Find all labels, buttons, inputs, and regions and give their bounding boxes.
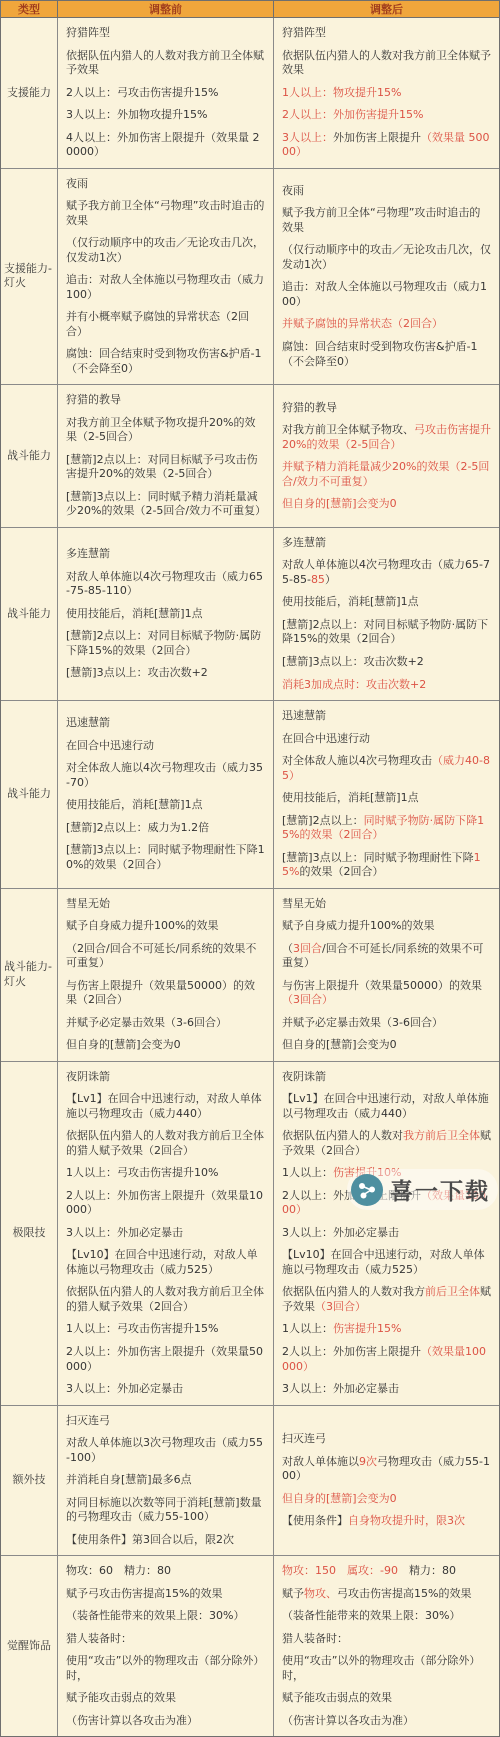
text-segment: 1人以上：弓攻击伤害提升10% — [66, 1166, 218, 1179]
text-segment: 【Lv1】在回合中迅速行动，对敌人单体施以弓物理攻击（威力440） — [282, 1092, 489, 1120]
changed-text: 消耗3加成点时：攻击次数+2 — [282, 678, 426, 691]
cell-paragraph: （伤害计算以各攻击为准） — [282, 1714, 491, 1729]
after-cell: 多连慧箭对敌人单体施以4次弓物理攻击（威力65-75-85-85）使用技能后，消… — [274, 528, 499, 700]
column-header-type: 类型 — [1, 1, 58, 17]
row-type-label: 极限技 — [1, 1062, 58, 1405]
row-type-label: 战斗能力-灯火 — [1, 889, 58, 1061]
text-segment: 对我方前卫全体赋予物攻提升20%的效果（2-5回合） — [66, 416, 255, 444]
text-segment: 2人以上：外加伤害上限提升 — [282, 1345, 421, 1358]
text-segment: 3人以上：外加必定暴击 — [66, 1226, 183, 1239]
text-segment: 腐蚀：回合结束时受到物攻伤害&护盾-1（不会降至0） — [66, 347, 262, 375]
table-row: 额外技扫灭连弓对敌人单体施以3次弓物理攻击（威力55-100）并消耗自身[慧箭]… — [1, 1406, 499, 1557]
text-segment: 3人以上：外加物攻提升15% — [66, 108, 207, 121]
cell-paragraph: 2人以上：外加伤害提升15% — [282, 108, 491, 123]
cell-paragraph: 4人以上：外加伤害上限提升（效果量 20000） — [66, 131, 265, 160]
text-segment: （装备性能带来的效果上限：30%） — [66, 1609, 244, 1622]
text-segment: 赋予自身威力提升100%的效果 — [282, 919, 434, 932]
text-segment: [慧箭]2点以上：对同目标赋予弓攻击伤害提升20%的效果（2-5回合） — [66, 453, 258, 481]
text-segment: [慧箭]3点以上：同时赋予物理耐性下降10%的效果（2回合） — [66, 843, 265, 871]
cell-paragraph: 在回合中迅速行动 — [66, 739, 265, 754]
cell-paragraph: 2人以上：外加伤害上限提升（效果量10000） — [66, 1189, 265, 1218]
text-segment: 赋予我方前卫全体“弓物理”攻击时追击的效果 — [66, 199, 264, 227]
text-segment: 【Lv1】在回合中迅速行动，对敌人单体施以弓物理攻击（威力440） — [66, 1092, 262, 1120]
text-segment: 依据队伍内猎人的人数对我方前后卫全体的猎人赋予效果（2回合） — [66, 1129, 264, 1157]
cell-paragraph: 1人以上：弓攻击伤害提升10% — [66, 1166, 265, 1181]
cell-paragraph: 并赋予必定暴击效果（3-6回合） — [282, 1016, 491, 1031]
after-cell: 彗星无始赋予自身威力提升100%的效果（3回合/回合不可延长/同系统的效果不可重… — [274, 889, 499, 1061]
link-nodes-icon — [351, 1174, 383, 1206]
cell-paragraph: 1人以上：伤害提升15% — [282, 1322, 491, 1337]
text-segment: 【使用条件】 — [282, 1514, 348, 1527]
cell-paragraph: 对我方前卫全体赋予物攻提升20%的效果（2-5回合） — [66, 416, 265, 445]
cell-paragraph: 夜雨 — [282, 184, 491, 199]
text-segment: 狩猎的教导 — [66, 393, 121, 406]
cell-paragraph: 但自身的[慧箭]会变为0 — [282, 1038, 491, 1053]
cell-paragraph: 对我方前卫全体赋予物攻、弓攻击伤害提升20%的效果（2-5回合） — [282, 423, 491, 452]
cell-paragraph: 使用技能后，消耗[慧箭]1点 — [66, 798, 265, 813]
text-segment: [慧箭]2点以上：对同目标赋予物防·属防下降15%的效果（2回合） — [66, 629, 261, 657]
row-type-label: 支援能力 — [1, 18, 58, 168]
text-segment: 依据队伍内猎人的人数对我方前后卫全体的猎人赋予效果（2回合） — [66, 1285, 264, 1313]
row-type-label: 战斗能力 — [1, 385, 58, 527]
text-segment: [慧箭]3点以上：攻击次数+2 — [66, 666, 208, 679]
column-header-before: 调整前 — [58, 1, 274, 17]
before-cell: 狩猎的教导对我方前卫全体赋予物攻提升20%的效果（2-5回合）[慧箭]2点以上：… — [58, 385, 274, 527]
changed-text: 但自身的[慧箭]会变为0 — [282, 497, 397, 510]
cell-paragraph: 并赋予腐蚀的异常状态（2回合） — [282, 317, 491, 332]
text-segment: 迅速慧箭 — [66, 716, 110, 729]
text-segment: 并有小概率赋予腐蚀的异常状态（2回合） — [66, 310, 249, 338]
text-segment: 使用技能后，消耗[慧箭]1点 — [282, 595, 419, 608]
row-type-label: 战斗能力 — [1, 528, 58, 700]
after-cell: 夜阴诛箭【Lv1】在回合中迅速行动，对敌人单体施以弓物理攻击（威力440）依据队… — [274, 1062, 499, 1405]
text-segment: 对敌人单体施以 — [282, 1455, 359, 1468]
cell-paragraph: 物攻：150 属攻：-90 精力：80 — [282, 1564, 491, 1579]
text-segment: 狩猎的教导 — [282, 401, 337, 414]
changed-text: 物攻：150 — [282, 1564, 347, 1577]
text-segment: 使用技能后，消耗[慧箭]1点 — [282, 791, 419, 804]
cell-paragraph: 赋予我方前卫全体“弓物理”攻击时追击的效果 — [282, 206, 491, 235]
text-segment: 赋予自身威力提升100%的效果 — [66, 919, 218, 932]
text-segment: 扫灭连弓 — [282, 1432, 326, 1445]
text-segment: 在回合中迅速行动 — [66, 739, 154, 752]
table-body: 支援能力狩猎阵型依据队伍内猎人的人数对我方前卫全体赋予效果2人以上：弓攻击伤害提… — [1, 18, 499, 1736]
text-segment: 对敌人单体施以4次弓物理攻击（威力65-75-85-110） — [66, 570, 263, 598]
text-segment: 对敌人单体施以3次弓物理攻击（威力55-100） — [66, 1436, 263, 1464]
changed-text: 但自身的[慧箭]会变为0 — [282, 1492, 397, 1505]
text-segment: 对我方前卫全体赋予物攻、 — [282, 423, 414, 436]
cell-paragraph: [慧箭]2点以上：威力为1.2倍 — [66, 821, 265, 836]
text-segment: 猎人装备时： — [66, 1632, 132, 1645]
watermark-text: 喜一下载 — [390, 1173, 490, 1206]
cell-paragraph: 使用技能后，消耗[慧箭]1点 — [66, 607, 265, 622]
after-cell: 迅速慧箭在回合中迅速行动对全体敌人施以4次弓物理攻击（威力40-85）使用技能后… — [274, 701, 499, 888]
text-segment: [慧箭]3点以上：同时赋予精力消耗量减少20%的效果（2-5回合/效力不可重复） — [66, 490, 266, 518]
changed-text: 前后卫全体 — [425, 1285, 480, 1298]
text-segment: 4人以上：外加伤害上限提升（效果量 20000） — [66, 131, 260, 159]
text-segment: 猎人装备时： — [282, 1632, 348, 1645]
cell-paragraph: 与伤害上限提升（效果量50000）的效果（3回合） — [282, 979, 491, 1008]
cell-paragraph: 3人以上：外加伤害上限提升（效果量 50000） — [282, 131, 491, 160]
changed-text: （3回合） — [282, 993, 333, 1006]
text-segment: 多连慧箭 — [66, 547, 110, 560]
table-row: 极限技夜阴诛箭【Lv1】在回合中迅速行动，对敌人单体施以弓物理攻击（威力440）… — [1, 1062, 499, 1406]
text-segment: 3人以上：外加必定暴击 — [66, 1382, 183, 1395]
before-cell: 多连慧箭对敌人单体施以4次弓物理攻击（威力65-75-85-110）使用技能后，… — [58, 528, 274, 700]
text-segment: 1人以上： — [282, 1166, 333, 1179]
text-segment: [慧箭]2点以上：对同目标赋予物防·属防下降15%的效果（2回合） — [282, 618, 488, 646]
text-segment: 对同目标施以次数等同于消耗[慧箭]数量的弓物理攻击（威力55-100） — [66, 1496, 262, 1524]
cell-paragraph: 追击：对敌人全体施以弓物理攻击（威力100） — [282, 280, 491, 309]
cell-paragraph: 在回合中迅速行动 — [282, 732, 491, 747]
cell-paragraph: 依据队伍内猎人的人数对我方前后卫全体赋予效果（3回合） — [282, 1285, 491, 1314]
before-cell: 物攻：60 精力：80赋予弓攻击伤害提高15%的效果（装备性能带来的效果上限：3… — [58, 1556, 274, 1736]
cell-paragraph: 狩猎的教导 — [282, 401, 491, 416]
cell-paragraph: 但自身的[慧箭]会变为0 — [282, 1492, 491, 1507]
table-row: 战斗能力迅速慧箭在回合中迅速行动对全体敌人施以4次弓物理攻击（威力35-70）使… — [1, 701, 499, 889]
cell-paragraph: 狩猎的教导 — [66, 393, 265, 408]
cell-paragraph: 赋予弓攻击伤害提高15%的效果 — [66, 1587, 265, 1602]
text-segment: 赋予 — [282, 1587, 304, 1600]
cell-paragraph: 使用技能后，消耗[慧箭]1点 — [282, 595, 491, 610]
text-segment: 依据队伍内猎人的人数对我方前卫全体赋予效果 — [282, 49, 491, 77]
cell-paragraph: 夜阴诛箭 — [66, 1070, 265, 1085]
changed-text: （3回合） — [315, 1300, 366, 1313]
cell-paragraph: 3人以上：外加必定暴击 — [66, 1226, 265, 1241]
adjustment-table: 类型 调整前 调整后 支援能力狩猎阵型依据队伍内猎人的人数对我方前卫全体赋予效果… — [0, 0, 500, 1737]
text-segment: 夜雨 — [282, 184, 304, 197]
table-row: 支援能力狩猎阵型依据队伍内猎人的人数对我方前卫全体赋予效果2人以上：弓攻击伤害提… — [1, 18, 499, 169]
text-segment: 赋予我方前卫全体“弓物理”攻击时追击的效果 — [282, 206, 480, 234]
cell-paragraph: 3人以上：外加必定暴击 — [66, 1382, 265, 1397]
text-segment: 彗星无始 — [66, 897, 110, 910]
text-segment: 追击：对敌人全体施以弓物理攻击（威力100） — [282, 280, 487, 308]
text-segment: 1人以上： — [282, 1322, 333, 1335]
after-cell: 夜雨赋予我方前卫全体“弓物理”攻击时追击的效果（仅行动顺序中的攻击／无论攻击几次… — [274, 169, 499, 385]
cell-paragraph: 1人以上：弓攻击伤害提升15% — [66, 1322, 265, 1337]
text-segment: （仅行动顺序中的攻击／无论攻击几次，仅发动1次） — [282, 243, 491, 271]
cell-paragraph: 2人以上：弓攻击伤害提升15% — [66, 86, 265, 101]
text-segment: 与伤害上限提升（效果量50000）的效果 — [282, 979, 482, 992]
cell-paragraph: 猎人装备时： — [66, 1632, 265, 1647]
table-row: 战斗能力狩猎的教导对我方前卫全体赋予物攻提升20%的效果（2-5回合）[慧箭]2… — [1, 385, 499, 528]
cell-paragraph: （装备性能带来的效果上限：30%） — [282, 1609, 491, 1624]
cell-paragraph: （2回合/回合不可延长/同系统的效果不可重复） — [66, 942, 265, 971]
changed-text: 9次 — [359, 1455, 377, 1468]
cell-paragraph: 赋予物攻、弓攻击伤害提高15%的效果 — [282, 1587, 491, 1602]
cell-paragraph: 猎人装备时： — [282, 1632, 491, 1647]
text-segment: 物攻：60 精力：80 — [66, 1564, 171, 1577]
cell-paragraph: [慧箭]2点以上：同时赋予物防·属防下降15%的效果（2回合） — [282, 814, 491, 843]
before-cell: 狩猎阵型依据队伍内猎人的人数对我方前卫全体赋予效果2人以上：弓攻击伤害提升15%… — [58, 18, 274, 168]
cell-paragraph: 【使用条件】第3回合以后，限2次 — [66, 1533, 265, 1548]
cell-paragraph: 对同目标施以次数等同于消耗[慧箭]数量的弓物理攻击（威力55-100） — [66, 1496, 265, 1525]
row-type-label: 觉醒饰品 — [1, 1556, 58, 1736]
changed-text: 3人以上： — [282, 131, 333, 144]
text-segment: 依据队伍内猎人的人数对我方 — [282, 1285, 425, 1298]
cell-paragraph: 使用“攻击”以外的物理攻击（部分除外）时， — [66, 1654, 265, 1683]
cell-paragraph: 彗星无始 — [282, 897, 491, 912]
cell-paragraph: 【使用条件】自身物攻提升时，限3次 — [282, 1514, 491, 1529]
text-segment: 与伤害上限提升（效果量50000）的效果（2回合） — [66, 979, 255, 1007]
before-cell: 扫灭连弓对敌人单体施以3次弓物理攻击（威力55-100）并消耗自身[慧箭]最多6… — [58, 1406, 274, 1556]
cell-paragraph: 对全体敌人施以4次弓物理攻击（威力40-85） — [282, 754, 491, 783]
cell-paragraph: 依据队伍内猎人的人数对我方前卫全体赋予效果 — [66, 49, 265, 78]
text-segment: （装备性能带来的效果上限：30%） — [282, 1609, 460, 1622]
text-segment: [慧箭]2点以上：威力为1.2倍 — [66, 821, 209, 834]
changed-text: 属攻：-90 — [347, 1564, 398, 1577]
cell-paragraph: （仅行动顺序中的攻击／无论攻击几次，仅发动1次） — [66, 236, 265, 265]
cell-paragraph: 依据队伍内猎人的人数对我方前后卫全体的猎人赋予效果（2回合） — [66, 1285, 265, 1314]
cell-paragraph: 对敌人单体施以3次弓物理攻击（威力55-100） — [66, 1436, 265, 1465]
changed-text: 并赋予腐蚀的异常状态（2回合） — [282, 317, 443, 330]
text-segment: 狩猎阵型 — [66, 26, 110, 39]
before-cell: 彗星无始赋予自身威力提升100%的效果（2回合/回合不可延长/同系统的效果不可重… — [58, 889, 274, 1061]
cell-paragraph: 赋予能攻击弱点的效果 — [282, 1691, 491, 1706]
text-segment: 赋予弓攻击伤害提高15%的效果 — [66, 1587, 222, 1600]
cell-paragraph: 腐蚀：回合结束时受到物攻伤害&护盾-1（不会降至0） — [66, 347, 265, 376]
cell-paragraph: 使用技能后，消耗[慧箭]1点 — [282, 791, 491, 806]
text-segment: 赋予能攻击弱点的效果 — [66, 1691, 176, 1704]
cell-paragraph: 3人以上：外加物攻提升15% — [66, 108, 265, 123]
column-header-after: 调整后 — [274, 1, 499, 17]
table-header-row: 类型 调整前 调整后 — [1, 1, 499, 18]
table-row: 支援能力-灯火夜雨赋予我方前卫全体“弓物理”攻击时追击的效果（仅行动顺序中的攻击… — [1, 169, 499, 386]
text-segment: 夜雨 — [66, 177, 88, 190]
cell-paragraph: [慧箭]3点以上：同时赋予物理耐性下降10%的效果（2回合） — [66, 843, 265, 872]
text-segment: 外加伤害上限提升 — [333, 131, 421, 144]
text-segment: 使用“攻击”以外的物理攻击（部分除外）时， — [66, 1654, 264, 1682]
text-segment: 扫灭连弓 — [66, 1414, 110, 1427]
before-cell: 夜雨赋予我方前卫全体“弓物理”攻击时追击的效果（仅行动顺序中的攻击／无论攻击几次… — [58, 169, 274, 385]
cell-paragraph: 2人以上：外加伤害上限提升（效果量50000） — [66, 1345, 265, 1374]
row-type-label: 支援能力-灯火 — [1, 169, 58, 385]
cell-paragraph: 扫灭连弓 — [66, 1414, 265, 1429]
cell-paragraph: [慧箭]3点以上：攻击次数+2 — [66, 666, 265, 681]
text-segment: （仅行动顺序中的攻击／无论攻击几次，仅发动1次） — [66, 236, 264, 264]
row-type-label: 额外技 — [1, 1406, 58, 1556]
changed-text: 并赋予精力消耗量减少20%的效果（2-5回合/效力不可重复） — [282, 460, 489, 488]
cell-paragraph: 并消耗自身[慧箭]最多6点 — [66, 1473, 265, 1488]
cell-paragraph: 消耗3加成点时：攻击次数+2 — [282, 678, 491, 693]
cell-paragraph: 追击：对敌人全体施以弓物理攻击（威力100） — [66, 273, 265, 302]
cell-paragraph: 物攻：60 精力：80 — [66, 1564, 265, 1579]
cell-paragraph: 彗星无始 — [66, 897, 265, 912]
text-segment: 并赋予必定暴击效果（3-6回合） — [66, 1016, 227, 1029]
cell-paragraph: [慧箭]3点以上：攻击次数+2 — [282, 655, 491, 670]
cell-paragraph: 扫灭连弓 — [282, 1432, 491, 1447]
text-segment: 3人以上：外加必定暴击 — [282, 1226, 399, 1239]
text-segment: 依据队伍内猎人的人数对 — [282, 1129, 403, 1142]
text-segment: 使用“攻击”以外的物理攻击（部分除外）时， — [282, 1654, 480, 1682]
cell-paragraph: 但自身的[慧箭]会变为0 — [282, 497, 491, 512]
cell-paragraph: 并赋予必定暴击效果（3-6回合） — [66, 1016, 265, 1031]
cell-paragraph: 依据队伍内猎人的人数对我方前卫全体赋予效果 — [282, 49, 491, 78]
text-segment: 夜阴诛箭 — [66, 1070, 110, 1083]
text-segment: 【Lv10】在回合中迅速行动，对敌人单体施以弓物理攻击（威力525） — [282, 1248, 485, 1276]
text-segment: 对全体敌人施以4次弓物理攻击 — [282, 754, 432, 767]
cell-paragraph: （3回合/回合不可延长/同系统的效果不可重复） — [282, 942, 491, 971]
text-segment: （2回合/回合不可延长/同系统的效果不可重复） — [66, 942, 256, 970]
changed-text: 1人以上：物攻提升15% — [282, 86, 401, 99]
text-segment: 1人以上：弓攻击伤害提升15% — [66, 1322, 218, 1335]
cell-paragraph: （伤害计算以各攻击为准） — [66, 1714, 265, 1729]
cell-paragraph: 与伤害上限提升（效果量50000）的效果（2回合） — [66, 979, 265, 1008]
after-cell: 物攻：150 属攻：-90 精力：80赋予物攻、弓攻击伤害提高15%的效果（装备… — [274, 1556, 499, 1736]
cell-paragraph: 依据队伍内猎人的人数对我方前后卫全体赋予效果（2回合） — [282, 1129, 491, 1158]
text-segment: 追击：对敌人全体施以弓物理攻击（威力100） — [66, 273, 264, 301]
text-segment: 多连慧箭 — [282, 536, 326, 549]
text-segment: 【Lv10】在回合中迅速行动，对敌人单体施以弓物理攻击（威力525） — [66, 1248, 258, 1276]
cell-paragraph: 【Lv10】在回合中迅速行动，对敌人单体施以弓物理攻击（威力525） — [66, 1248, 265, 1277]
text-segment: ） — [325, 573, 336, 586]
before-cell: 夜阴诛箭【Lv1】在回合中迅速行动，对敌人单体施以弓物理攻击（威力440）依据队… — [58, 1062, 274, 1405]
cell-paragraph: [慧箭]3点以上：同时赋予物理耐性下降15%的效果（2回合） — [282, 851, 491, 880]
changed-text: 2人以上：外加伤害提升15% — [282, 108, 423, 121]
text-segment: 依据队伍内猎人的人数对我方前卫全体赋予效果 — [66, 49, 264, 77]
cell-paragraph: [慧箭]2点以上：对同目标赋予物防·属防下降15%的效果（2回合） — [66, 629, 265, 658]
cell-paragraph: 迅速慧箭 — [66, 716, 265, 731]
cell-paragraph: 【Lv10】在回合中迅速行动，对敌人单体施以弓物理攻击（威力525） — [282, 1248, 491, 1277]
cell-paragraph: 赋予自身威力提升100%的效果 — [282, 919, 491, 934]
cell-paragraph: 3人以上：外加必定暴击 — [282, 1226, 491, 1241]
cell-paragraph: 对敌人单体施以4次弓物理攻击（威力65-75-85-85） — [282, 558, 491, 587]
cell-paragraph: 并有小概率赋予腐蚀的异常状态（2回合） — [66, 310, 265, 339]
cell-paragraph: 夜雨 — [66, 177, 265, 192]
text-segment: （ — [282, 942, 293, 955]
text-segment: 并消耗自身[慧箭]最多6点 — [66, 1473, 192, 1486]
text-segment: （伤害计算以各攻击为准） — [282, 1714, 414, 1727]
text-segment: 彗星无始 — [282, 897, 326, 910]
text-segment: 精力：80 — [398, 1564, 456, 1577]
text-segment: 使用技能后，消耗[慧箭]1点 — [66, 607, 203, 620]
text-segment: 迅速慧箭 — [282, 709, 326, 722]
cell-paragraph: [慧箭]3点以上：同时赋予精力消耗量减少20%的效果（2-5回合/效力不可重复） — [66, 490, 265, 519]
changed-text: 伤害提升15% — [333, 1322, 401, 1335]
text-segment: 2人以上：弓攻击伤害提升15% — [66, 86, 218, 99]
after-cell: 狩猎阵型依据队伍内猎人的人数对我方前卫全体赋予效果1人以上：物攻提升15%2人以… — [274, 18, 499, 168]
cell-paragraph: 多连慧箭 — [282, 536, 491, 551]
cell-paragraph: 对敌人单体施以4次弓物理攻击（威力65-75-85-110） — [66, 570, 265, 599]
cell-paragraph: 并赋予精力消耗量减少20%的效果（2-5回合/效力不可重复） — [282, 460, 491, 489]
changed-text: 物攻、 — [304, 1587, 337, 1600]
text-segment: 3人以上：外加必定暴击 — [282, 1382, 399, 1395]
after-cell: 扫灭连弓对敌人单体施以9次弓物理攻击（威力55-100）但自身的[慧箭]会变为0… — [274, 1406, 499, 1556]
after-cell: 狩猎的教导对我方前卫全体赋予物攻、弓攻击伤害提升20%的效果（2-5回合）并赋予… — [274, 385, 499, 527]
text-segment: [慧箭]3点以上：同时赋予物理耐性下降 — [282, 851, 474, 864]
cell-paragraph: （仅行动顺序中的攻击／无论攻击几次，仅发动1次） — [282, 243, 491, 272]
cell-paragraph: [慧箭]2点以上：对同目标赋予物防·属防下降15%的效果（2回合） — [282, 618, 491, 647]
cell-paragraph: 多连慧箭 — [66, 547, 265, 562]
text-segment: 对全体敌人施以4次弓物理攻击（威力35-70） — [66, 761, 263, 789]
text-segment: 在回合中迅速行动 — [282, 732, 370, 745]
cell-paragraph: 对敌人单体施以9次弓物理攻击（威力55-100） — [282, 1455, 491, 1484]
cell-paragraph: 对全体敌人施以4次弓物理攻击（威力35-70） — [66, 761, 265, 790]
text-segment: 的效果（2回合） — [299, 865, 383, 878]
cell-paragraph: 3人以上：外加必定暴击 — [282, 1382, 491, 1397]
cell-paragraph: （装备性能带来的效果上限：30%） — [66, 1609, 265, 1624]
row-type-label: 战斗能力 — [1, 701, 58, 888]
cell-paragraph: 赋予自身威力提升100%的效果 — [66, 919, 265, 934]
text-segment: 但自身的[慧箭]会变为0 — [66, 1038, 181, 1051]
cell-paragraph: 2人以上：外加伤害上限提升（效果量100000） — [282, 1345, 491, 1374]
text-segment: 但自身的[慧箭]会变为0 — [282, 1038, 397, 1051]
text-segment: 狩猎阵型 — [282, 26, 326, 39]
cell-paragraph: 【Lv1】在回合中迅速行动，对敌人单体施以弓物理攻击（威力440） — [66, 1092, 265, 1121]
table-row: 战斗能力多连慧箭对敌人单体施以4次弓物理攻击（威力65-75-85-110）使用… — [1, 528, 499, 701]
table-row: 战斗能力-灯火彗星无始赋予自身威力提升100%的效果（2回合/回合不可延长/同系… — [1, 889, 499, 1062]
text-segment: 夜阴诛箭 — [282, 1070, 326, 1083]
cell-paragraph: 依据队伍内猎人的人数对我方前后卫全体的猎人赋予效果（2回合） — [66, 1129, 265, 1158]
changed-text: 85 — [311, 573, 325, 586]
cell-paragraph: 迅速慧箭 — [282, 709, 491, 724]
cell-paragraph: 赋予我方前卫全体“弓物理”攻击时追击的效果 — [66, 199, 265, 228]
text-segment: 使用技能后，消耗[慧箭]1点 — [66, 798, 203, 811]
text-segment: 【使用条件】第3回合以后，限2次 — [66, 1533, 234, 1546]
cell-paragraph: 夜阴诛箭 — [282, 1070, 491, 1085]
table-row: 觉醒饰品物攻：60 精力：80赋予弓攻击伤害提高15%的效果（装备性能带来的效果… — [1, 1556, 499, 1736]
cell-paragraph: 狩猎阵型 — [66, 26, 265, 41]
changed-text: 我方前后卫全体 — [403, 1129, 480, 1142]
cell-paragraph: 使用“攻击”以外的物理攻击（部分除外）时， — [282, 1654, 491, 1683]
text-segment: 并赋予必定暴击效果（3-6回合） — [282, 1016, 443, 1029]
cell-paragraph: [慧箭]2点以上：对同目标赋予弓攻击伤害提升20%的效果（2-5回合） — [66, 453, 265, 482]
changed-text: 自身物攻提升时，限3次 — [348, 1514, 465, 1527]
text-segment: 腐蚀：回合结束时受到物攻伤害&护盾-1（不会降至0） — [282, 340, 478, 368]
cell-paragraph: 【Lv1】在回合中迅速行动，对敌人单体施以弓物理攻击（威力440） — [282, 1092, 491, 1121]
text-segment: 2人以上：外加伤害上限提升（效果量50000） — [66, 1345, 263, 1373]
changed-text: 3回合 — [293, 942, 322, 955]
text-segment: [慧箭]2点以上： — [282, 814, 364, 827]
text-segment: （伤害计算以各攻击为准） — [66, 1714, 198, 1727]
cell-paragraph: 1人以上：物攻提升15% — [282, 86, 491, 101]
text-segment: [慧箭]3点以上：攻击次数+2 — [282, 655, 424, 668]
watermark: 喜一下载 — [347, 1169, 498, 1210]
cell-paragraph: 腐蚀：回合结束时受到物攻伤害&护盾-1（不会降至0） — [282, 340, 491, 369]
text-segment: 弓攻击伤害提高15%的效果 — [337, 1587, 471, 1600]
text-segment: 2人以上：外加伤害上限提升（效果量10000） — [66, 1189, 263, 1217]
cell-paragraph: 但自身的[慧箭]会变为0 — [66, 1038, 265, 1053]
cell-paragraph: 狩猎阵型 — [282, 26, 491, 41]
before-cell: 迅速慧箭在回合中迅速行动对全体敌人施以4次弓物理攻击（威力35-70）使用技能后… — [58, 701, 274, 888]
cell-paragraph: 赋予能攻击弱点的效果 — [66, 1691, 265, 1706]
text-segment: 赋予能攻击弱点的效果 — [282, 1691, 392, 1704]
